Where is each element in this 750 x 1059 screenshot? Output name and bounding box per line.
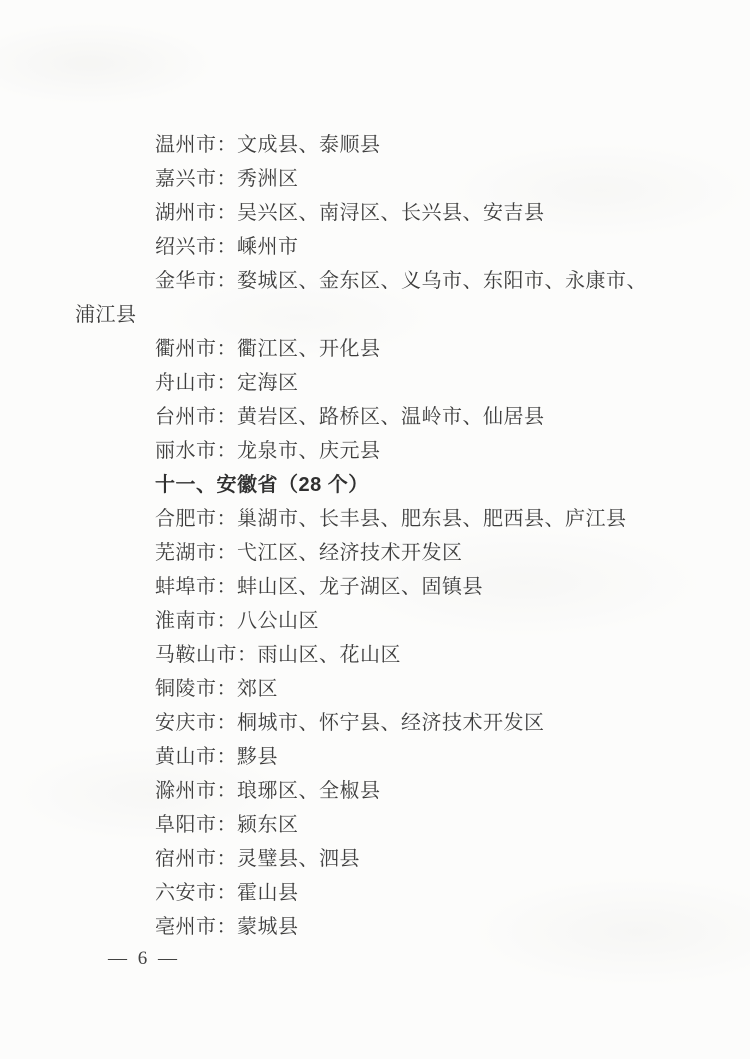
entry-list: 合肥市：巢湖市、长丰县、肥东县、肥西县、庐江县芜湖市：弋江区、经济技术开发区蚌埠… xyxy=(75,502,665,944)
entry-line: 铜陵市：郊区 xyxy=(75,672,665,706)
entry-line: 淮南市：八公山区 xyxy=(75,604,665,638)
entry-line: 台州市：黄岩区、路桥区、温岭市、仙居县 xyxy=(75,400,665,434)
entry-line: 温州市：文成县、泰顺县 xyxy=(75,128,665,162)
entry-line: 金华市：婺城区、金东区、义乌市、东阳市、永康市、 浦江县 xyxy=(75,264,665,332)
entry-line: 宿州市：灵璧县、泗县 xyxy=(75,842,665,876)
entry-line: 衢州市：衢江区、开化县 xyxy=(75,332,665,366)
entry-line: 安庆市：桐城市、怀宁县、经济技术开发区 xyxy=(75,706,665,740)
page-number: — 6 — xyxy=(108,946,180,972)
entry-line: 舟山市：定海区 xyxy=(75,366,665,400)
section-heading: 十一、安徽省（28 个） xyxy=(75,468,665,502)
entry-line: 绍兴市：嵊州市 xyxy=(75,230,665,264)
entry-line: 湖州市：吴兴区、南浔区、长兴县、安吉县 xyxy=(75,196,665,230)
entry-line: 丽水市：龙泉市、庆元县 xyxy=(75,434,665,468)
entry-line: 黄山市：黟县 xyxy=(75,740,665,774)
entry-line: 合肥市：巢湖市、长丰县、肥东县、肥西县、庐江县 xyxy=(75,502,665,536)
document-body: 温州市：文成县、泰顺县嘉兴市：秀洲区湖州市：吴兴区、南浔区、长兴县、安吉县绍兴市… xyxy=(75,128,665,944)
entry-line: 芜湖市：弋江区、经济技术开发区 xyxy=(75,536,665,570)
entry-line: 亳州市：蒙城县 xyxy=(75,910,665,944)
entry-line: 阜阳市：颍东区 xyxy=(75,808,665,842)
entry-line: 蚌埠市：蚌山区、龙子湖区、固镇县 xyxy=(75,570,665,604)
entry-line: 滁州市：琅琊区、全椒县 xyxy=(75,774,665,808)
entry-list: 温州市：文成县、泰顺县嘉兴市：秀洲区湖州市：吴兴区、南浔区、长兴县、安吉县绍兴市… xyxy=(75,128,665,468)
document-page: 温州市：文成县、泰顺县嘉兴市：秀洲区湖州市：吴兴区、南浔区、长兴县、安吉县绍兴市… xyxy=(0,0,750,1059)
entry-line: 六安市：霍山县 xyxy=(75,876,665,910)
entry-line: 嘉兴市：秀洲区 xyxy=(75,162,665,196)
section-zhejiang-continued: 温州市：文成县、泰顺县嘉兴市：秀洲区湖州市：吴兴区、南浔区、长兴县、安吉县绍兴市… xyxy=(75,128,665,468)
section-anhui: 十一、安徽省（28 个） 合肥市：巢湖市、长丰县、肥东县、肥西县、庐江县芜湖市：… xyxy=(75,468,665,944)
entry-line: 马鞍山市：雨山区、花山区 xyxy=(75,638,665,672)
